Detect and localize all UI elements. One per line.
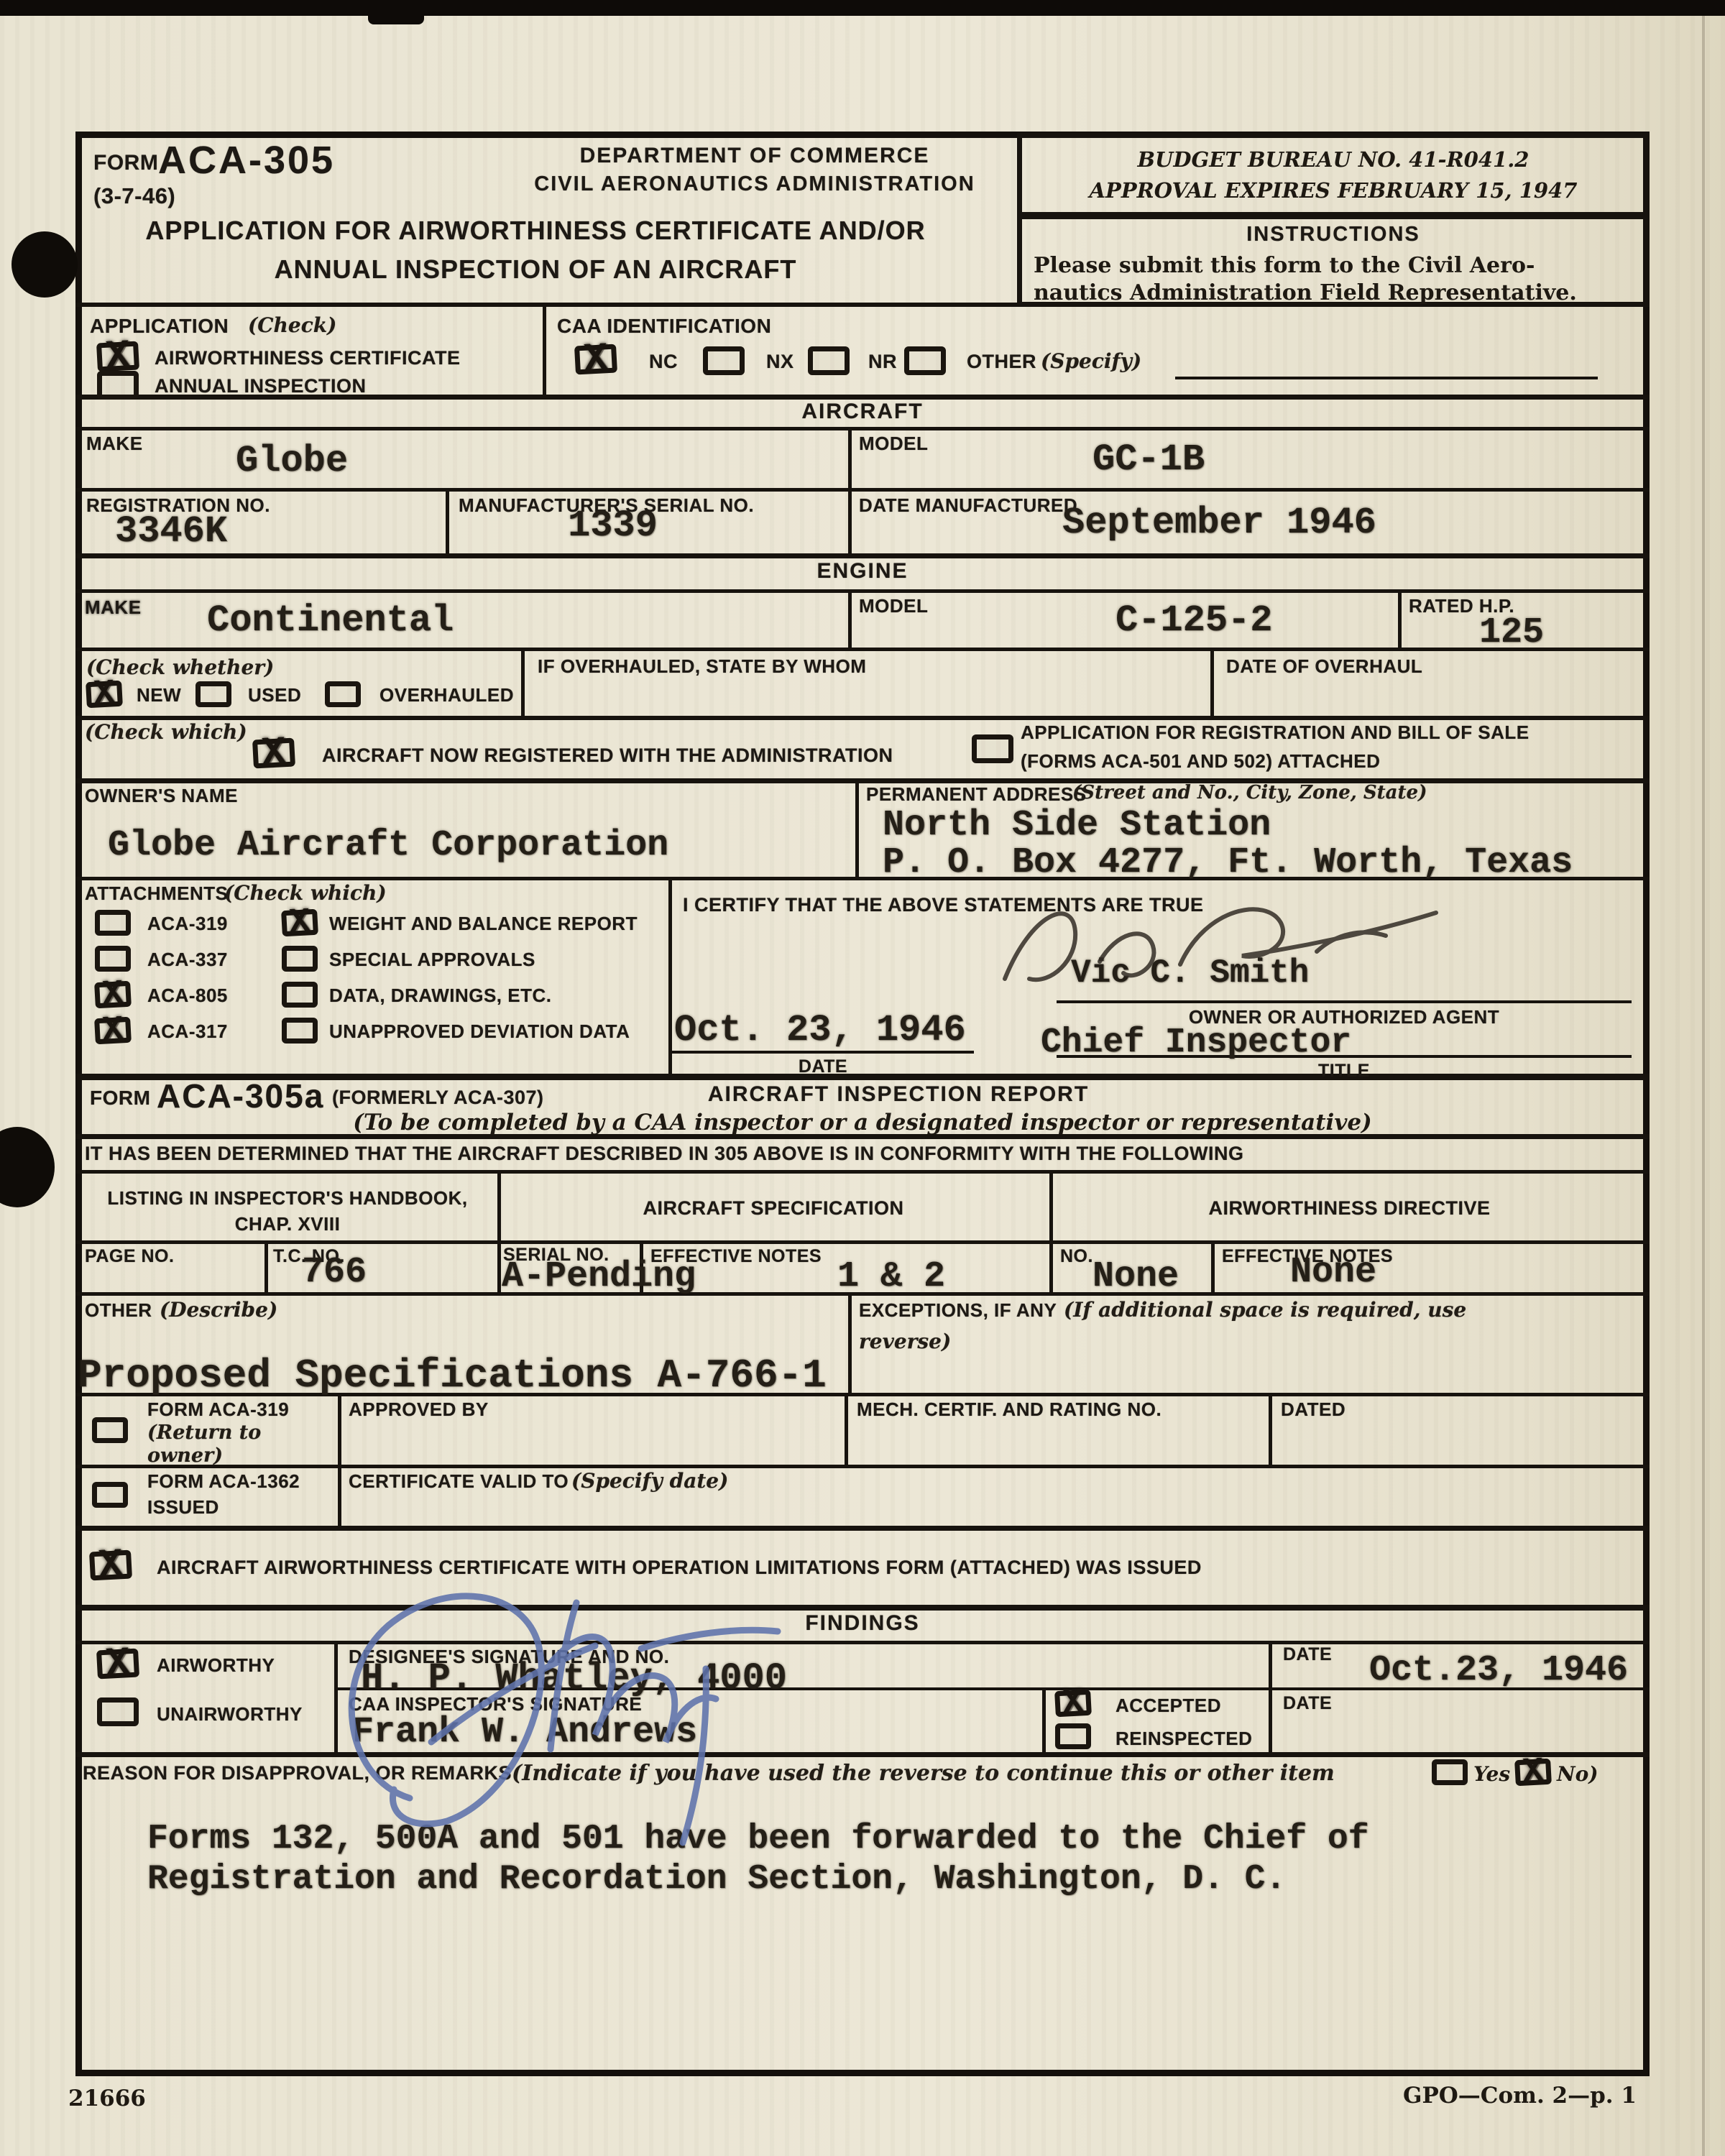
form-revision-date: (3-7-46) — [93, 183, 175, 209]
budget-bureau-line2: APPROVAL EXPIRES FEBRUARY 15, 1947 — [1024, 178, 1642, 203]
airworthiness-certificate-label: AIRWORTHINESS CERTIFICATE — [155, 347, 461, 369]
checkbox-aca-337[interactable] — [95, 946, 131, 972]
form-aca-319-note1: (Return to — [147, 1422, 261, 1444]
footer-gpo: GPO—Com. 2—p. 1 — [1403, 2083, 1637, 2109]
checkbox-aca-317[interactable]: X — [94, 1017, 132, 1045]
new-label: NEW — [137, 684, 181, 706]
checkbox-airworthy[interactable]: X — [96, 1649, 139, 1680]
checkbox-nr[interactable] — [808, 346, 850, 375]
grid-line — [75, 488, 1650, 492]
grid-line — [264, 1240, 268, 1292]
checkbox-other[interactable] — [904, 346, 946, 375]
checkbox-aca-319[interactable] — [95, 910, 131, 936]
hole-punch — [0, 1127, 55, 1207]
remarks-line1: Forms 132, 500A and 501 have been forwar… — [147, 1820, 1368, 1858]
date-manufactured-label: DATE MANUFACTURED — [859, 494, 1077, 517]
checkbox-special-approvals[interactable] — [282, 946, 318, 972]
engine-make-label: MAKE — [85, 596, 142, 619]
checkbox-reinspected[interactable] — [1055, 1723, 1091, 1749]
caa-identification-label: CAA IDENTIFICATION — [557, 315, 771, 338]
directive-no-label: NO. — [1060, 1246, 1093, 1267]
engine-section-header: ENGINE — [75, 559, 1650, 584]
aircraft-model-value: GC-1B — [1092, 438, 1205, 481]
findings-section-header: FINDINGS — [75, 1611, 1650, 1636]
form-title-line1: APPLICATION FOR AIRWORTHINESS CERTIFICAT… — [122, 216, 949, 246]
certificate-issued-label: AIRCRAFT AIRWORTHINESS CERTIFICATE WITH … — [157, 1557, 1202, 1579]
department-line1: DEPARTMENT OF COMMERCE — [503, 144, 1006, 168]
grid-line — [75, 648, 1650, 651]
col-airworthiness-directive: AIRWORTHINESS DIRECTIVE — [1057, 1197, 1642, 1220]
engine-model-label: MODEL — [859, 595, 928, 617]
checkbox-accepted[interactable]: X — [1054, 1690, 1092, 1718]
airworthy-label: AIRWORTHY — [157, 1654, 275, 1677]
page-no-label: PAGE NO. — [85, 1246, 174, 1267]
budget-bureau-line1: BUDGET BUREAU NO. 41-R041.2 — [1024, 147, 1642, 172]
conformity-statement: IT HAS BEEN DETERMINED THAT THE AIRCRAFT… — [85, 1143, 1244, 1165]
instructions-line2: nautics Administration Field Representat… — [1034, 280, 1577, 305]
other-describe-note: (Describe) — [160, 1298, 277, 1322]
checkbox-no[interactable]: X — [1514, 1759, 1552, 1787]
dated-label: DATED — [1281, 1399, 1345, 1421]
tc-no-value: 766 — [302, 1252, 367, 1293]
grid-line — [75, 589, 1650, 593]
grid-line — [334, 1641, 338, 1752]
findings-date-value: Oct.23, 1946 — [1369, 1650, 1628, 1691]
certify-date-value: Oct. 23, 1946 — [674, 1009, 966, 1051]
reinspected-label: REINSPECTED — [1115, 1728, 1252, 1750]
grid-line — [75, 1605, 1650, 1611]
owner-name-value: Globe Aircraft Corporation — [108, 825, 668, 866]
checkbox-annual-inspection[interactable] — [97, 371, 139, 400]
permanent-address-note: (Street and No., City, Zone, State) — [1072, 782, 1427, 803]
aircraft-make-label: MAKE — [86, 433, 143, 455]
address-line2: P. O. Box 4277, Ft. Worth, Texas — [883, 842, 1573, 883]
checkbox-form-aca-1362[interactable] — [92, 1482, 128, 1508]
grid-line — [1210, 648, 1214, 716]
certify-statement: I CERTIFY THAT THE ABOVE STATEMENTS ARE … — [683, 894, 1204, 916]
reason-remarks-label: REASON FOR DISAPPROVAL, OR REMARKS — [83, 1762, 512, 1784]
check-which-note: (Check which) — [85, 720, 247, 744]
grid-line — [75, 1752, 1650, 1757]
certificate-valid-to-note: (Specify date) — [571, 1469, 728, 1493]
checkbox-registered[interactable]: X — [252, 738, 295, 769]
grid-line — [543, 303, 546, 395]
instructions-title: INSTRUCTIONS — [1024, 223, 1642, 247]
grid-line — [75, 1170, 1650, 1174]
scan-top-edge — [0, 0, 1725, 16]
instructions-line1: Please submit this form to the Civil Aer… — [1034, 253, 1535, 278]
accepted-label: ACCEPTED — [1115, 1695, 1221, 1717]
checkbox-overhauled[interactable] — [325, 681, 361, 707]
grid-line — [75, 1240, 1650, 1244]
aircraft-make-value: Globe — [236, 440, 348, 482]
grid-line — [855, 778, 859, 877]
grid-line — [75, 1641, 1650, 1644]
report-title: AIRCRAFT INSPECTION REPORT — [647, 1082, 1150, 1107]
certify-date-label: DATE — [672, 1056, 974, 1077]
checkbox-data-drawings[interactable] — [282, 982, 318, 1008]
checkbox-unapproved-deviation[interactable] — [282, 1018, 318, 1044]
yes-label: Yes — [1473, 1762, 1510, 1786]
registration-attached-line2: (FORMS ACA-501 AND 502) ATTACHED — [1021, 750, 1380, 773]
application-check-note: (Check) — [248, 313, 336, 337]
effective-notes2-value: None — [1290, 1252, 1376, 1293]
grid-line — [521, 648, 525, 716]
unapproved-deviation-label: UNAPPROVED DEVIATION DATA — [329, 1021, 630, 1043]
hole-punch — [11, 231, 78, 298]
rated-hp-value: 125 — [1479, 612, 1544, 653]
form-aca-319-label: FORM ACA-319 — [147, 1399, 289, 1421]
attachments-check-note: (Check which) — [224, 881, 387, 905]
form-number: ACA-305 — [158, 138, 335, 183]
findings-date-label: DATE — [1283, 1644, 1332, 1665]
certify-signed-name: Vic C. Smith — [1071, 954, 1309, 992]
grid-line — [338, 1393, 341, 1526]
checkbox-certificate-issued[interactable]: X — [89, 1550, 132, 1581]
grid-line — [1049, 1170, 1053, 1292]
grid-line — [848, 427, 852, 553]
footer-serial: 21666 — [68, 2086, 146, 2111]
grid-line — [75, 427, 1650, 430]
nr-label: NR — [868, 351, 897, 373]
exceptions-note1: (If additional space is required, use — [1064, 1298, 1466, 1322]
registration-attached-line1: APPLICATION FOR REGISTRATION AND BILL OF… — [1021, 722, 1529, 744]
registered-label: AIRCRAFT NOW REGISTERED WITH THE ADMINIS… — [322, 745, 893, 767]
serial-no-value: 1339 — [568, 505, 658, 547]
scan-top-edge-blob — [368, 14, 424, 24]
grid-line — [848, 589, 852, 648]
reason-remarks-note: (Indicate if you have used the reverse t… — [512, 1761, 1335, 1786]
checkbox-nc[interactable]: X — [574, 344, 617, 375]
report-subtitle: (To be completed by a CAA inspector or a… — [216, 1110, 1509, 1135]
checkbox-nx[interactable] — [703, 346, 745, 375]
other-describe-value: Proposed Specifications A-766-1 — [78, 1353, 827, 1399]
signature-line[interactable] — [1057, 1000, 1632, 1003]
mech-certif-label: MECH. CERTIF. AND RATING NO. — [857, 1399, 1161, 1421]
certify-title-value: Chief Inspector — [1041, 1023, 1351, 1062]
report-form-prefix: FORM — [90, 1087, 150, 1110]
aca-337-label: ACA-337 — [147, 949, 228, 971]
scanned-form-page: { "glyphs": { "check": "X" }, "header": … — [0, 0, 1725, 2156]
aca-317-label: ACA-317 — [147, 1021, 228, 1043]
exceptions-label: EXCEPTIONS, IF ANY — [859, 1299, 1057, 1322]
grid-line — [75, 553, 1650, 558]
checkbox-form-aca-319[interactable] — [92, 1417, 128, 1443]
caa-inspector-signature-value: Frank W. Andrews — [352, 1712, 697, 1753]
other-describe-label: OTHER — [85, 1299, 152, 1322]
form-title-line2: ANNUAL INSPECTION OF AN AIRCRAFT — [122, 254, 949, 285]
effective-notes-value: 1 & 2 — [837, 1256, 945, 1297]
aircraft-section-header: AIRCRAFT — [75, 400, 1650, 424]
grid-line — [1269, 1641, 1272, 1752]
address-line1: North Side Station — [883, 805, 1271, 846]
registration-no-value: 3346K — [115, 510, 227, 553]
grid-line — [75, 1465, 1650, 1468]
permanent-address-label: PERMANENT ADDRESS — [866, 783, 1087, 806]
unairworthy-label: UNAIRWORTHY — [157, 1703, 303, 1726]
remarks-line2: Registration and Recordation Section, Wa… — [147, 1860, 1286, 1899]
aca-805-label: ACA-805 — [147, 985, 228, 1007]
report-formerly: (FORMERLY ACA-307) — [332, 1087, 544, 1109]
grid-line — [75, 1526, 1650, 1531]
col-listing-line2: CHAP. XVIII — [83, 1213, 492, 1235]
engine-model-value: C-125-2 — [1115, 599, 1272, 642]
col-listing-line1: LISTING IN INSPECTOR'S HANDBOOK, — [83, 1187, 492, 1210]
nx-label: NX — [766, 351, 794, 373]
grid-line — [1211, 1240, 1215, 1292]
overhauled-by-whom-label: IF OVERHAULED, STATE BY WHOM — [538, 655, 866, 678]
attachments-label: ATTACHMENTS — [85, 883, 229, 905]
data-drawings-label: DATA, DRAWINGS, ETC. — [329, 985, 551, 1007]
col-aircraft-specification: AIRCRAFT SPECIFICATION — [503, 1197, 1044, 1220]
checkbox-yes[interactable] — [1432, 1759, 1468, 1785]
form-aca-1362-label: FORM ACA-1362 — [147, 1470, 300, 1493]
approved-by-label: APPROVED BY — [349, 1399, 489, 1421]
form-aca-319-note2: owner) — [147, 1445, 223, 1467]
aircraft-model-label: MODEL — [859, 433, 928, 455]
weight-balance-label: WEIGHT AND BALANCE REPORT — [329, 913, 638, 935]
form-aca-1362-issued: ISSUED — [147, 1496, 219, 1519]
checkbox-aca-805[interactable]: X — [94, 981, 132, 1009]
checkbox-weight-balance[interactable]: X — [281, 909, 318, 937]
grid-line — [497, 1170, 501, 1292]
aca-319-label: ACA-319 — [147, 913, 228, 935]
title-label: TITLE — [1057, 1061, 1632, 1082]
effective-notes-label: EFFECTIVE NOTES — [650, 1246, 822, 1267]
date-manufactured-value: September 1946 — [1062, 502, 1376, 544]
checkbox-new[interactable]: X — [86, 681, 123, 709]
no-label: No) — [1557, 1762, 1598, 1786]
other-specify-line[interactable] — [1175, 377, 1598, 379]
annual-inspection-label: ANNUAL INSPECTION — [155, 375, 367, 397]
owner-name-label: OWNER'S NAME — [85, 785, 238, 807]
grid-line — [446, 488, 449, 553]
grid-line — [1042, 1687, 1046, 1752]
grid-line — [668, 877, 672, 1074]
exceptions-note2: reverse) — [859, 1330, 951, 1353]
scan-edge-line — [1702, 0, 1705, 2156]
checkbox-registration-attached[interactable] — [972, 734, 1013, 763]
grid-line — [845, 1393, 848, 1465]
findings-date2-label: DATE — [1283, 1693, 1332, 1714]
grid-line — [75, 716, 1650, 720]
date-of-overhaul-label: DATE OF OVERHAUL — [1226, 655, 1422, 678]
check-whether-note: (Check whether) — [86, 655, 274, 679]
form-number-prefix: FORM — [93, 151, 158, 175]
used-label: USED — [248, 684, 301, 706]
engine-make-value: Continental — [207, 599, 454, 642]
certificate-valid-to-label: CERTIFICATE VALID TO — [349, 1470, 569, 1493]
checkbox-unairworthy[interactable] — [97, 1697, 139, 1726]
checkbox-airworthiness-certificate[interactable]: X — [96, 341, 139, 372]
department-line2: CIVIL AERONAUTICS ADMINISTRATION — [503, 172, 1006, 196]
grid-line — [1398, 589, 1402, 648]
grid-line — [1269, 1393, 1272, 1465]
directive-no-value: None — [1092, 1256, 1179, 1297]
checkbox-used[interactable] — [195, 681, 231, 707]
grid-line — [848, 1292, 852, 1393]
other-specify-note: (Specify) — [1041, 349, 1141, 373]
other-label: OTHER — [967, 351, 1036, 373]
special-approvals-label: SPECIAL APPROVALS — [329, 949, 535, 971]
overhauled-label: OVERHAULED — [379, 684, 514, 706]
budget-bureau-box — [1017, 133, 1650, 217]
nc-label: NC — [649, 351, 678, 373]
